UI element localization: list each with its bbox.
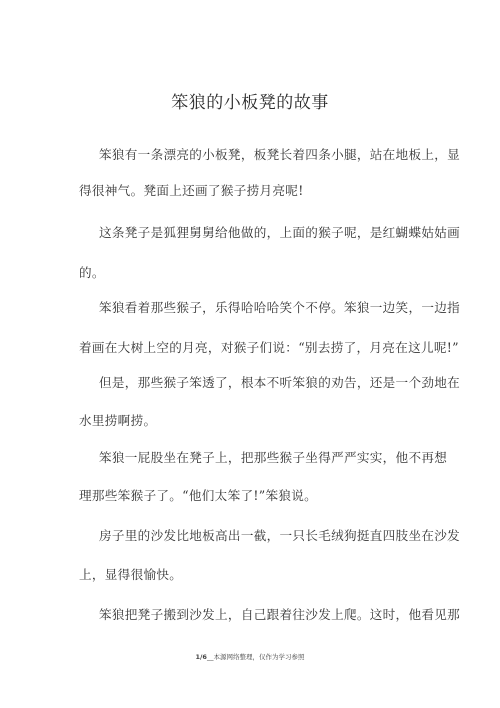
page-footer: 1/6__本源网络整理，仅作为学习参照 bbox=[0, 652, 500, 661]
paragraph-line: 得很神气。凳面上还画了猴子捞月亮呢! bbox=[79, 180, 424, 199]
paragraph-line: 理那些笨猴子了。“他们太笨了!”笨狼说。 bbox=[79, 485, 424, 504]
paragraph-line: 房子里的沙发比地板高出一截，一只长毛绒狗挺直四肢坐在沙发 bbox=[99, 525, 424, 544]
paragraph-line: 笨狼有一条漂亮的小板凳，板凳长着四条小腿，站在地板上，显 bbox=[99, 144, 424, 163]
paragraph-line: 这条凳子是狐狸舅舅给他做的，上面的猴子呢，是红蝴蝶姑姑画 bbox=[99, 222, 424, 241]
paragraph-line: 的。 bbox=[79, 262, 424, 281]
paragraph-line: 笨狼看着那些猴子，乐得哈哈哈笑个不停。笨狼一边笑，一边指 bbox=[99, 297, 424, 316]
paragraph-line: 笨狼一屁股坐在凳子上，把那些猴子坐得严严实实，他不再想 bbox=[99, 447, 424, 466]
document-title: 笨狼的小板凳的故事 bbox=[0, 88, 500, 113]
paragraph-line: 上，显得很愉快。 bbox=[79, 564, 424, 583]
paragraph-line: 水里捞啊捞。 bbox=[79, 410, 424, 429]
paragraph-line: 但是，那些猴子笨透了，根本不听笨狼的劝告，还是一个劲地在 bbox=[99, 372, 424, 391]
paragraph-line: 笨狼把凳子搬到沙发上，自己跟着往沙发上爬。这时，他看见那 bbox=[99, 604, 424, 623]
footer-note: 本源网络整理，仅作为学习参照 bbox=[213, 653, 304, 661]
page-number: 1/6 bbox=[196, 653, 207, 661]
paragraph-line: 着画在大树上空的月亮，对猴子们说：“别去捞了，月亮在这儿呢!” bbox=[79, 337, 424, 356]
